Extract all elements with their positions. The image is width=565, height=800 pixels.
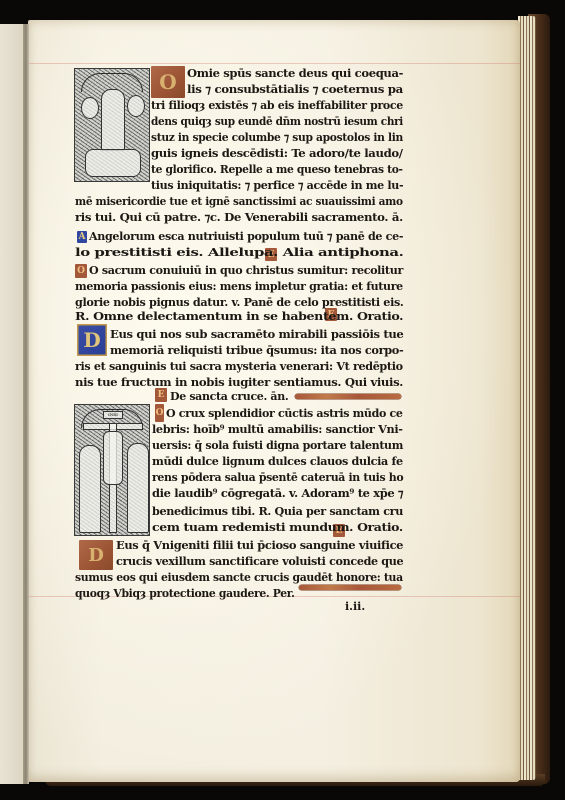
text-line: mē misericordie tue et ignē sanctissimi … [75,193,403,209]
rubric-heading: De sancta cruce. ān. [170,388,288,404]
text-line: memoriā reliquisti tribue q̄sumus: ita n… [110,342,403,358]
text-line: lis ⁊ consubstātialis ⁊ coeternus pa [187,81,403,97]
ruling-line [28,63,520,64]
virgin-figure [101,89,125,151]
text-line: crucis vexillum sanctificare voluisti co… [116,553,403,569]
text-line: memoria passionis eius: mens impletur gr… [75,278,403,294]
text-line: R. Omne delectamentum in se habentem. Or… [75,308,403,324]
text-line: lo prestitisti eis. Allelupa. Alia antip… [75,244,403,260]
christ-figure [103,431,123,485]
initial-A: A [77,231,87,243]
woodcut-pentecost [74,68,150,182]
text-line: O sacrum conuiuiū in quo christus sumitu… [89,262,403,278]
text-line: uersis: q̄ sola fuisti digna portare tal… [152,437,403,453]
text-line: Eus qui nos sub sacramēto mirabili passi… [110,326,403,342]
mary-figure [79,445,101,533]
initial-E: E [155,388,167,402]
apostles-group [85,149,141,177]
text-line: rens pōdera salua p̄sentē cateruā in tui… [152,469,403,485]
text-line: stuz in specie columbe ⁊ sup apostolos i… [151,129,403,145]
text-line: cem tuam redemisti mundum. Oratio. [152,519,403,535]
text-line: guis igneis descēdisti: Te adoro/te laud… [151,145,403,161]
text-line: mūdi dulce lignum dulces clauos dulcia f… [152,453,403,469]
text-line: tri filioqȝ existēs ⁊ ab eis ineffabilit… [151,97,403,113]
initial-D-blue-large: D [77,324,107,356]
text-line: tius iniquitatis: ⁊ perfice ⁊ accēde in … [151,177,403,193]
text-line: ris tui. Qui cū patre. ⁊c. De Venerabili… [75,209,403,225]
gutter-fold [23,24,29,784]
woodcut-crucifixion: INRI [74,404,150,536]
initial-D-red-large: D [79,540,113,570]
text-line: die laudib⁹ cōgregatā. v. Adoram⁹ te xp̄… [152,485,403,501]
initial-O: O [155,404,164,422]
apostle-figure [81,97,99,119]
initial-O: O [75,264,87,278]
rubric-line-filler [299,585,401,590]
john-figure [127,443,149,533]
apostle-figure [127,95,145,117]
text-line: Eus q̄ Vnigeniti filii tui p̄cioso sangu… [116,537,403,553]
text-line: lebris: hoīb⁹ multū amabilis: sanctior V… [152,421,403,437]
text-line: sumus eos qui eiusdem sancte crucis gaud… [75,569,403,585]
text-line: te glorifico. Repelle a me queso tenebra… [151,161,403,177]
initial-O-large: O [151,66,185,98]
text-line: Omie spūs sancte deus qui coequa- [187,65,403,81]
inri-titulus: INRI [103,411,123,419]
rubric-line-filler [295,394,401,399]
page-edges-stack [518,16,536,780]
text-line: dens quiqȝ sup eundē dn̄m nostrū iesum c… [151,113,403,129]
text-line: O crux splendidior cūctis astris mūdo ce [166,405,403,421]
text-line: ris et sanguinis tui sacra mysteria vene… [75,358,403,374]
text-line: Angelorum esca nutriuisti populum tuū ⁊ … [89,228,403,244]
folio-signature: i.ii. [345,600,365,613]
text-line: benedicimus tibi. R. Quia per sanctam cr… [152,503,403,519]
text-line: quoqȝ Vbiqȝ protectione gaudere. Per. [75,585,295,601]
